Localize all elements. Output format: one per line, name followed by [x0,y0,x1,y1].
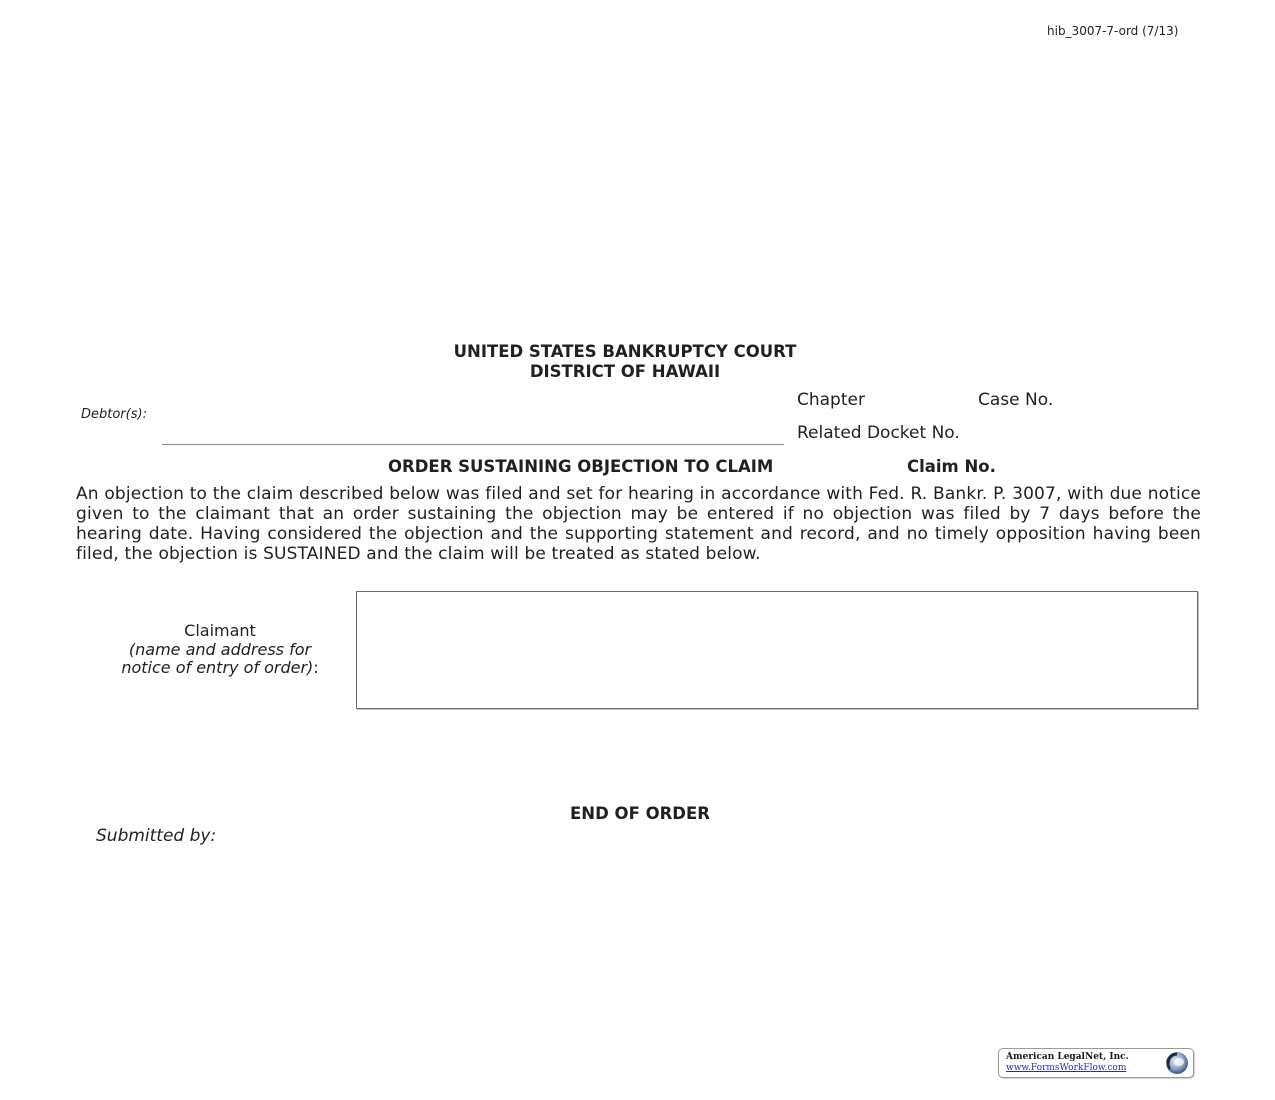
submitted-by-label: Submitted by: [96,826,216,846]
claimant-sublabel-line1: (name and address for [100,641,340,660]
court-district: DISTRICT OF HAWAII [0,362,1250,382]
related-docket-label: Related Docket No. [797,423,960,443]
american-legalnet-badge[interactable]: American LegalNet, Inc. www.FormsWorkFlo… [998,1048,1194,1078]
order-body-text: An objection to the claim described belo… [76,484,1201,564]
case-number-label: Case No. [978,390,1053,410]
debtor-underline [162,444,784,445]
badge-website-link[interactable]: www.FormsWorkFlow.com [1006,1063,1126,1073]
chapter-label: Chapter [797,390,865,410]
court-heading: UNITED STATES BANKRUPTCY COURT DISTRICT … [0,342,1250,382]
claimant-colon: : [313,658,318,677]
badge-company-name: American LegalNet, Inc. [1006,1052,1129,1062]
claimant-label: Claimant [100,622,340,641]
claim-number-label: Claim No. [907,457,996,476]
claimant-sublabel-line2: notice of entry of order) [121,658,313,677]
end-of-order: END OF ORDER [0,804,1275,823]
form-id: hib_3007-7-ord (7/13) [1047,24,1178,38]
claimant-input-box[interactable] [356,591,1198,709]
debtor-label: Debtor(s): [81,407,147,422]
order-title: ORDER SUSTAINING OBJECTION TO CLAIM [388,457,773,476]
claimant-sublabel-line2-wrap: notice of entry of order): [100,659,340,678]
claimant-label-block: Claimant (name and address for notice of… [100,622,340,678]
court-name: UNITED STATES BANKRUPTCY COURT [0,342,1250,362]
debtor-input[interactable] [162,396,788,444]
globe-logo-icon [1165,1051,1189,1075]
